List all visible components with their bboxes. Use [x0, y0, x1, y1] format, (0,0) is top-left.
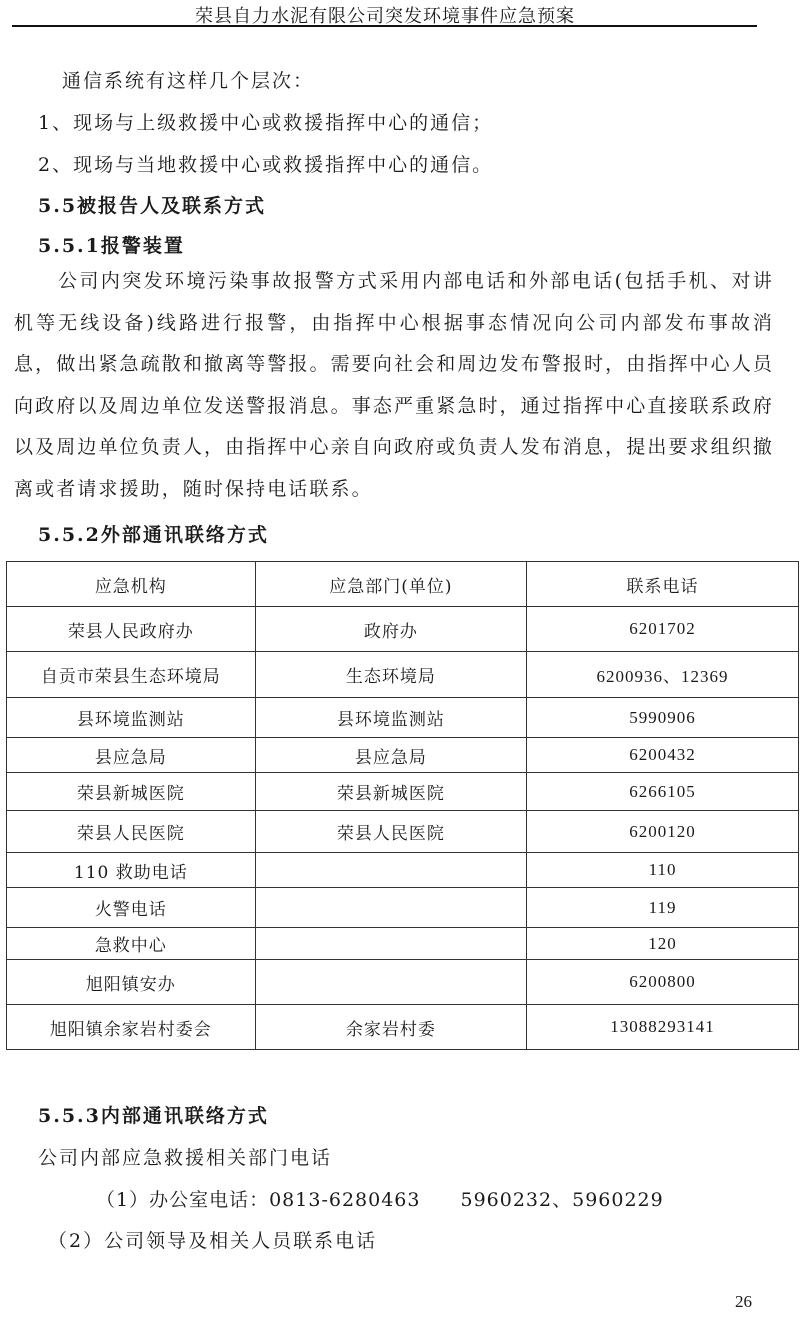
levels-title: 通信系统有这样几个层次： [62, 66, 314, 93]
cell-phone: 5990906 [527, 698, 799, 738]
table-row: 县应急局 县应急局 6200432 [7, 738, 799, 773]
external-contacts-table: 应急机构 应急部门(单位) 联系电话 荣县人民政府办 政府办 6201702 自… [6, 561, 799, 1050]
cell-org: 旭阳镇安办 [7, 960, 256, 1005]
cell-dept [255, 960, 526, 1005]
table-row: 火警电话 119 [7, 888, 799, 928]
cell-dept: 余家岩村委 [255, 1005, 526, 1050]
page-number: 26 [735, 1292, 752, 1312]
table-row: 自贡市荣县生态环境局 生态环境局 6200936、12369 [7, 652, 799, 698]
column-header-phone: 联系电话 [527, 562, 799, 607]
cell-phone: 6200120 [527, 811, 799, 853]
cell-phone: 6201702 [527, 607, 799, 652]
table-row: 荣县人民医院 荣县人民医院 6200120 [7, 811, 799, 853]
cell-phone: 110 [527, 853, 799, 888]
column-header-dept: 应急部门(单位) [255, 562, 526, 607]
section-5-5-2-heading: 5.5.2外部通讯联络方式 [38, 520, 269, 547]
cell-dept: 荣县新城医院 [255, 773, 526, 811]
internal-departments-subtitle: 公司内部应急救援相关部门电话 [38, 1143, 332, 1170]
cell-org: 荣县人民政府办 [7, 607, 256, 652]
section-5-5-1-heading: 5.5.1报警装置 [38, 231, 185, 258]
cell-phone: 6200936、12369 [527, 652, 799, 698]
cell-phone: 13088293141 [527, 1005, 799, 1050]
table-header-row: 应急机构 应急部门(单位) 联系电话 [7, 562, 799, 607]
table-row: 旭阳镇余家岩村委会 余家岩村委 13088293141 [7, 1005, 799, 1050]
cell-dept [255, 853, 526, 888]
section-5-5-3-heading: 5.5.3内部通讯联络方式 [38, 1101, 269, 1128]
cell-phone: 119 [527, 888, 799, 928]
cell-dept [255, 888, 526, 928]
cell-org: 荣县人民医院 [7, 811, 256, 853]
cell-dept: 县环境监测站 [255, 698, 526, 738]
cell-dept: 政府办 [255, 607, 526, 652]
cell-org: 火警电话 [7, 888, 256, 928]
cell-dept: 县应急局 [255, 738, 526, 773]
table-row: 110 救助电话 110 [7, 853, 799, 888]
cell-org: 自贡市荣县生态环境局 [7, 652, 256, 698]
cell-dept [255, 928, 526, 960]
cell-dept: 生态环境局 [255, 652, 526, 698]
cell-dept: 荣县人民医院 [255, 811, 526, 853]
cell-phone: 6266105 [527, 773, 799, 811]
leaders-contacts-line: （2）公司领导及相关人员联系电话 [48, 1226, 377, 1253]
cell-phone: 6200432 [527, 738, 799, 773]
office-phone-line: （1）办公室电话：0813-6280463 5960232、5960229 [96, 1185, 664, 1212]
level-2-text: 2、现场与当地救援中心或救援指挥中心的通信。 [38, 150, 493, 177]
column-header-org: 应急机构 [7, 562, 256, 607]
cell-org: 急救中心 [7, 928, 256, 960]
header-divider [12, 25, 757, 27]
table-row: 急救中心 120 [7, 928, 799, 960]
cell-phone: 120 [527, 928, 799, 960]
alarm-device-paragraph: 公司内突发环境污染事故报警方式采用内部电话和外部电话(包括手机、对讲机等无线设备… [14, 261, 774, 510]
cell-org: 110 救助电话 [7, 853, 256, 888]
cell-org: 县应急局 [7, 738, 256, 773]
table-row: 荣县人民政府办 政府办 6201702 [7, 607, 799, 652]
cell-phone: 6200800 [527, 960, 799, 1005]
table-row: 荣县新城医院 荣县新城医院 6266105 [7, 773, 799, 811]
cell-org: 荣县新城医院 [7, 773, 256, 811]
section-5-5-heading: 5.5被报告人及联系方式 [38, 191, 266, 218]
cell-org: 旭阳镇余家岩村委会 [7, 1005, 256, 1050]
table-row: 县环境监测站 县环境监测站 5990906 [7, 698, 799, 738]
level-1-text: 1、现场与上级救援中心或救援指挥中心的通信； [38, 108, 493, 135]
cell-org: 县环境监测站 [7, 698, 256, 738]
table-row: 旭阳镇安办 6200800 [7, 960, 799, 1005]
